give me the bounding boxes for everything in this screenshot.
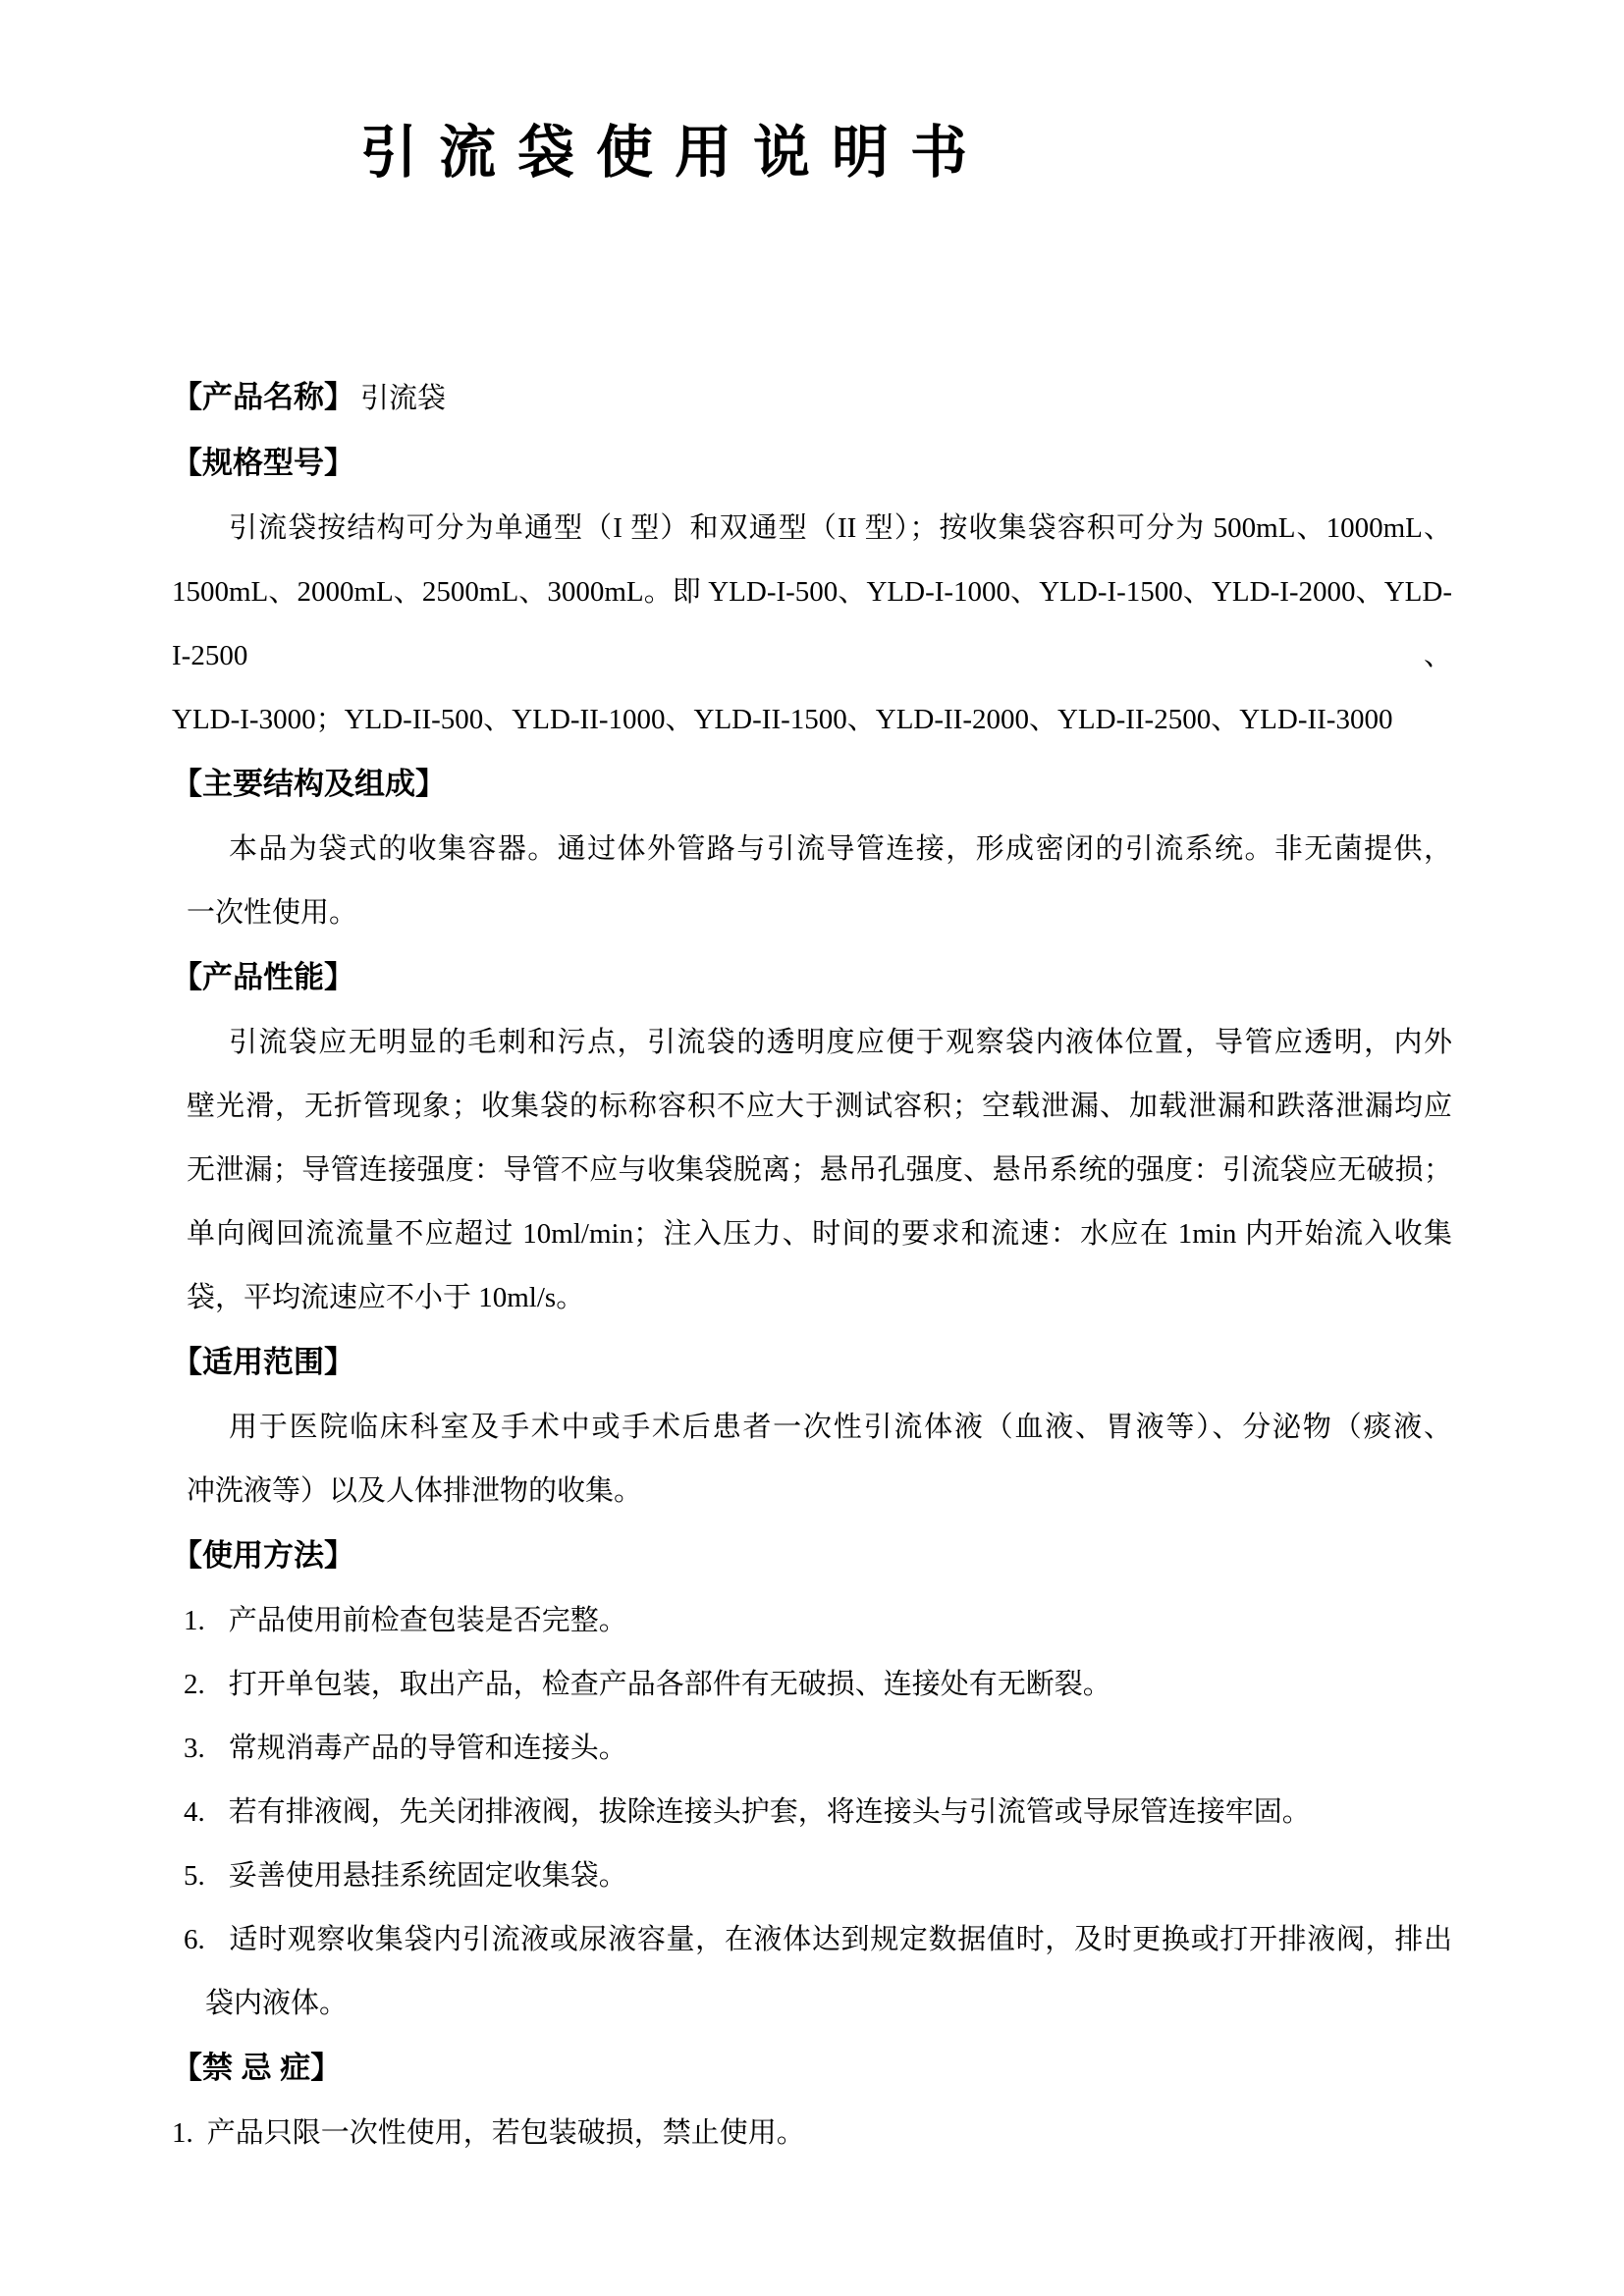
section-header: 【适用范围】 xyxy=(172,1345,354,1379)
section-heading-line: 【适用范围】 xyxy=(172,1330,1452,1396)
list-item-line: 6.适时观察收集袋内引流液或尿液容量，在液体达到规定数据值时，及时更换或打开排液… xyxy=(184,1908,1452,1972)
list-item-marker: 1. xyxy=(172,2117,193,2149)
paragraph-line: 冲洗液等）以及人体排泄物的收集。 xyxy=(172,1460,1452,1523)
paragraph-line: 一次性使用。 xyxy=(172,881,1452,945)
paragraph-line: 单向阀回流流量不应超过 10ml/min；注入压力、时间的要求和流速：水应在 1… xyxy=(172,1202,1452,1266)
paragraph-line: 壁光滑，无折管现象；收集袋的标称容积不应大于测试容积；空载泄漏、加载泄漏和跌落泄… xyxy=(172,1075,1452,1139)
section-header: 【规格型号】 xyxy=(172,446,354,480)
list-item-line: 袋内液体。 xyxy=(184,1972,1452,2036)
list-item: 4.若有排液阀，先关闭排液阀，拔除连接头护套，将连接头与引流管或导尿管连接牢固。 xyxy=(172,1781,1452,1844)
document-body: 【产品名称】引流袋【规格型号】引流袋按结构可分为单通型（I 型）和双通型（II … xyxy=(172,365,1452,2165)
list-item-text: 若有排液阀，先关闭排液阀，拔除连接头护套，将连接头与引流管或导尿管连接牢固。 xyxy=(229,1796,1311,1828)
list-item-text: 适时观察收集袋内引流液或尿液容量，在液体达到规定数据值时，及时更换或打开排液阀，… xyxy=(229,1924,1452,1955)
paragraph-line: 无泄漏；导管连接强度：导管不应与收集袋脱离；悬吊孔强度、悬吊系统的强度：引流袋应… xyxy=(172,1139,1452,1202)
list-item-marker: 1. xyxy=(184,1605,205,1636)
doc-section: 【规格型号】引流袋按结构可分为单通型（I 型）和双通型（II 型）；按收集袋容积… xyxy=(172,431,1452,752)
list-item-text: 打开单包装，取出产品，检查产品各部件有无破损、连接处有无断裂。 xyxy=(229,1669,1111,1700)
paragraph-line: 引流袋按结构可分为单通型（I 型）和双通型（II 型）；按收集袋容积可分为 50… xyxy=(172,497,1452,561)
section-heading-line: 【产品名称】引流袋 xyxy=(172,365,1452,431)
list-item: 6.适时观察收集袋内引流液或尿液容量，在液体达到规定数据值时，及时更换或打开排液… xyxy=(172,1908,1452,2036)
section-heading-line: 【产品性能】 xyxy=(172,945,1452,1011)
paragraph-line: 用于医院临床科室及手术中或手术后患者一次性引流体液（血液、胃液等）、分泌物（痰液… xyxy=(172,1396,1452,1460)
list-item-marker: 5. xyxy=(184,1860,205,1892)
section-inline-text: 引流袋 xyxy=(360,383,446,414)
page-title: 引流袋使用说明书 xyxy=(0,0,1624,192)
list-item-marker: 2. xyxy=(184,1669,205,1700)
doc-section: 【适用范围】用于医院临床科室及手术中或手术后患者一次性引流体液（血液、胃液等）、… xyxy=(172,1330,1452,1523)
list-item-marker: 4. xyxy=(184,1796,205,1828)
section-header: 【主要结构及组成】 xyxy=(172,767,446,801)
list-item: 2.打开单包装，取出产品，检查产品各部件有无破损、连接处有无断裂。 xyxy=(172,1653,1452,1717)
list-item-text: 妥善使用悬挂系统固定收集袋。 xyxy=(229,1860,627,1892)
section-header: 【使用方法】 xyxy=(172,1538,354,1573)
doc-section: 【主要结构及组成】本品为袋式的收集容器。通过体外管路与引流导管连接，形成密闭的引… xyxy=(172,752,1452,945)
section-header: 【禁 忌 症】 xyxy=(172,2051,341,2085)
paragraph-line: YLD-I-3000；YLD-II-500、YLD-II-1000、YLD-II… xyxy=(172,688,1452,752)
section-heading-line: 【使用方法】 xyxy=(172,1523,1452,1589)
list-item: 1.产品只限一次性使用，若包装破损，禁止使用。 xyxy=(172,2102,1452,2165)
doc-section: 【使用方法】1.产品使用前检查包装是否完整。2.打开单包装，取出产品，检查产品各… xyxy=(172,1523,1452,2036)
list-item-text: 常规消毒产品的导管和连接头。 xyxy=(229,1733,627,1764)
list-item-line: 4.若有排液阀，先关闭排液阀，拔除连接头护套，将连接头与引流管或导尿管连接牢固。 xyxy=(184,1781,1452,1844)
paragraph-line: 1500mL、2000mL、2500mL、3000mL。即 YLD-I-500、… xyxy=(172,561,1452,688)
doc-section: 【产品名称】引流袋 xyxy=(172,365,1452,431)
list-item-line: 1.产品使用前检查包装是否完整。 xyxy=(184,1589,1452,1653)
list-item-line: 2.打开单包装，取出产品，检查产品各部件有无破损、连接处有无断裂。 xyxy=(184,1653,1452,1717)
list-item-marker: 6. xyxy=(184,1924,205,1955)
section-heading-line: 【规格型号】 xyxy=(172,431,1452,497)
paragraph-line: 引流袋应无明显的毛刺和污点，引流袋的透明度应便于观察袋内液体位置，导管应透明，内… xyxy=(172,1011,1452,1075)
list-item-line: 1.产品只限一次性使用，若包装破损，禁止使用。 xyxy=(172,2102,1452,2165)
section-header: 【产品性能】 xyxy=(172,960,354,994)
list-item: 5.妥善使用悬挂系统固定收集袋。 xyxy=(172,1844,1452,1908)
document-page: 引流袋使用说明书 【产品名称】引流袋【规格型号】引流袋按结构可分为单通型（I 型… xyxy=(0,0,1624,2296)
list-item: 3.常规消毒产品的导管和连接头。 xyxy=(172,1717,1452,1781)
doc-section: 【产品性能】引流袋应无明显的毛刺和污点，引流袋的透明度应便于观察袋内液体位置，导… xyxy=(172,945,1452,1330)
list-item: 1.产品使用前检查包装是否完整。 xyxy=(172,1589,1452,1653)
list-item-text: 产品使用前检查包装是否完整。 xyxy=(229,1605,627,1636)
section-heading-line: 【主要结构及组成】 xyxy=(172,752,1452,818)
list-item-line: 3.常规消毒产品的导管和连接头。 xyxy=(184,1717,1452,1781)
section-header: 【产品名称】 xyxy=(172,380,354,414)
list-item-line: 5.妥善使用悬挂系统固定收集袋。 xyxy=(184,1844,1452,1908)
list-item-marker: 3. xyxy=(184,1733,205,1764)
paragraph-line: 袋，平均流速应不小于 10ml/s。 xyxy=(172,1266,1452,1330)
doc-section: 【禁 忌 症】1.产品只限一次性使用，若包装破损，禁止使用。 xyxy=(172,2036,1452,2165)
paragraph-line: 本品为袋式的收集容器。通过体外管路与引流导管连接，形成密闭的引流系统。非无菌提供… xyxy=(172,818,1452,881)
section-heading-line: 【禁 忌 症】 xyxy=(172,2036,1452,2102)
list-item-text: 产品只限一次性使用，若包装破损，禁止使用。 xyxy=(207,2117,805,2149)
